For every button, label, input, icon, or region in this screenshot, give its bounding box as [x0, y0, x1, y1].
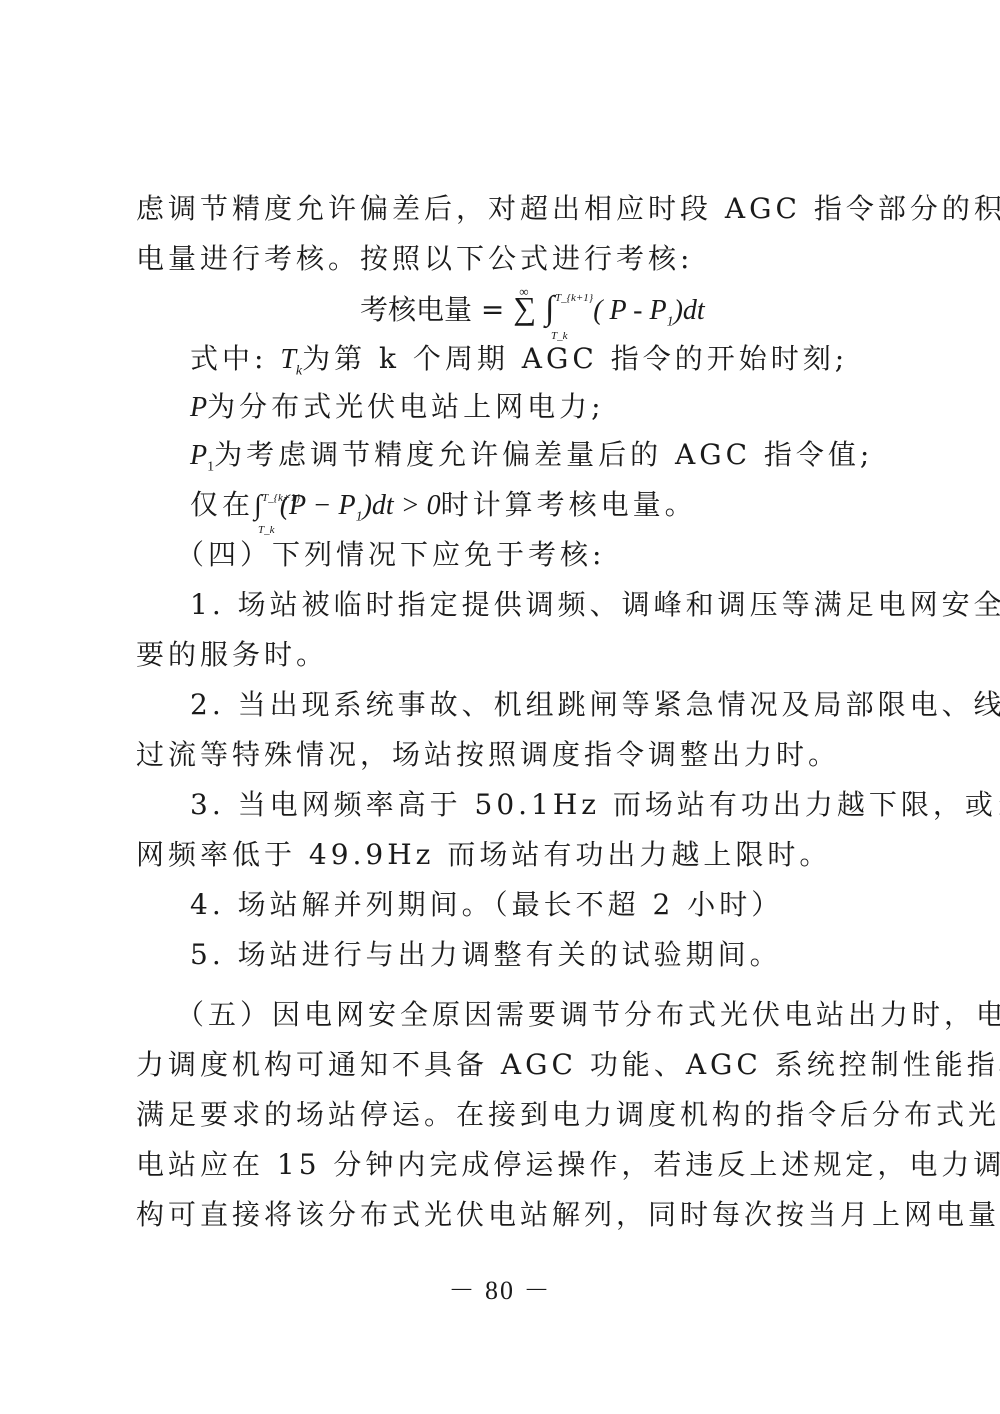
section-5-line: 满足要求的场站停运。在接到电力调度机构的指令后分布式光伏	[136, 1097, 1000, 1133]
list-item-2-cont: 过流等特殊情况，场站按照调度指令调整出力时。	[136, 737, 840, 773]
definition-tk: 式中: Tk为第 k 个周期 AGC 指令的开始时刻;	[190, 341, 848, 390]
list-item-4: 4. 场站解并列期间。（最长不超 2 小时）	[190, 887, 783, 923]
integrand: ( P - P1)dt	[593, 295, 704, 326]
formula-lhs: 考核电量 =	[360, 293, 513, 326]
definition-p1: P1为考虑调节精度允许偏差量后的 AGC 指令值;	[190, 437, 873, 486]
paragraph-line: 虑调节精度允许偏差后，对超出相应时段 AGC 指令部分的积分	[136, 191, 1000, 227]
section-heading-4: （四）下列情况下应免于考核:	[176, 537, 605, 573]
section-5-line: （五）因电网安全原因需要调节分布式光伏电站出力时，电	[176, 997, 1000, 1033]
list-item-5: 5. 场站进行与出力调整有关的试验期间。	[190, 937, 782, 973]
section-5-line: 力调度机构可通知不具备 AGC 功能、AGC 系统控制性能指标不	[136, 1047, 1000, 1083]
paragraph-line: 电量进行考核。按照以下公式进行考核:	[136, 241, 693, 277]
assessment-formula: 考核电量 = ∑∞ ∫T_{k+1}T_k ( P - P1)dt	[360, 288, 705, 343]
list-item-1: 1. 场站被临时指定提供调频、调峰和调压等满足电网安全需	[190, 587, 1000, 623]
section-5-line: 构可直接将该分布式光伏电站解列，同时每次按当月上网电量的	[136, 1197, 1000, 1233]
definition-p: P为分布式光伏电站上网电力;	[190, 389, 605, 426]
definition-condition: 仅在∫T_{k+1}T_k(P − P1)dt > 0时计算考核电量。	[190, 487, 697, 536]
list-item-3: 3. 当电网频率高于 50.1Hz 而场站有功出力越下限，或当电	[190, 787, 1000, 823]
page-number: － 80 －	[0, 1270, 1000, 1307]
list-item-1-cont: 要的服务时。	[136, 637, 328, 673]
list-item-3-cont: 网频率低于 49.9Hz 而场站有功出力越上限时。	[136, 837, 831, 873]
summation-symbol: ∑∞	[513, 290, 536, 326]
integral-symbol: ∫T_{k+1}T_k	[545, 290, 554, 327]
list-item-2: 2. 当出现系统事故、机组跳闸等紧急情况及局部限电、线路	[190, 687, 1000, 723]
section-5-line: 电站应在 15 分钟内完成停运操作，若违反上述规定，电力调度机	[136, 1147, 1000, 1183]
